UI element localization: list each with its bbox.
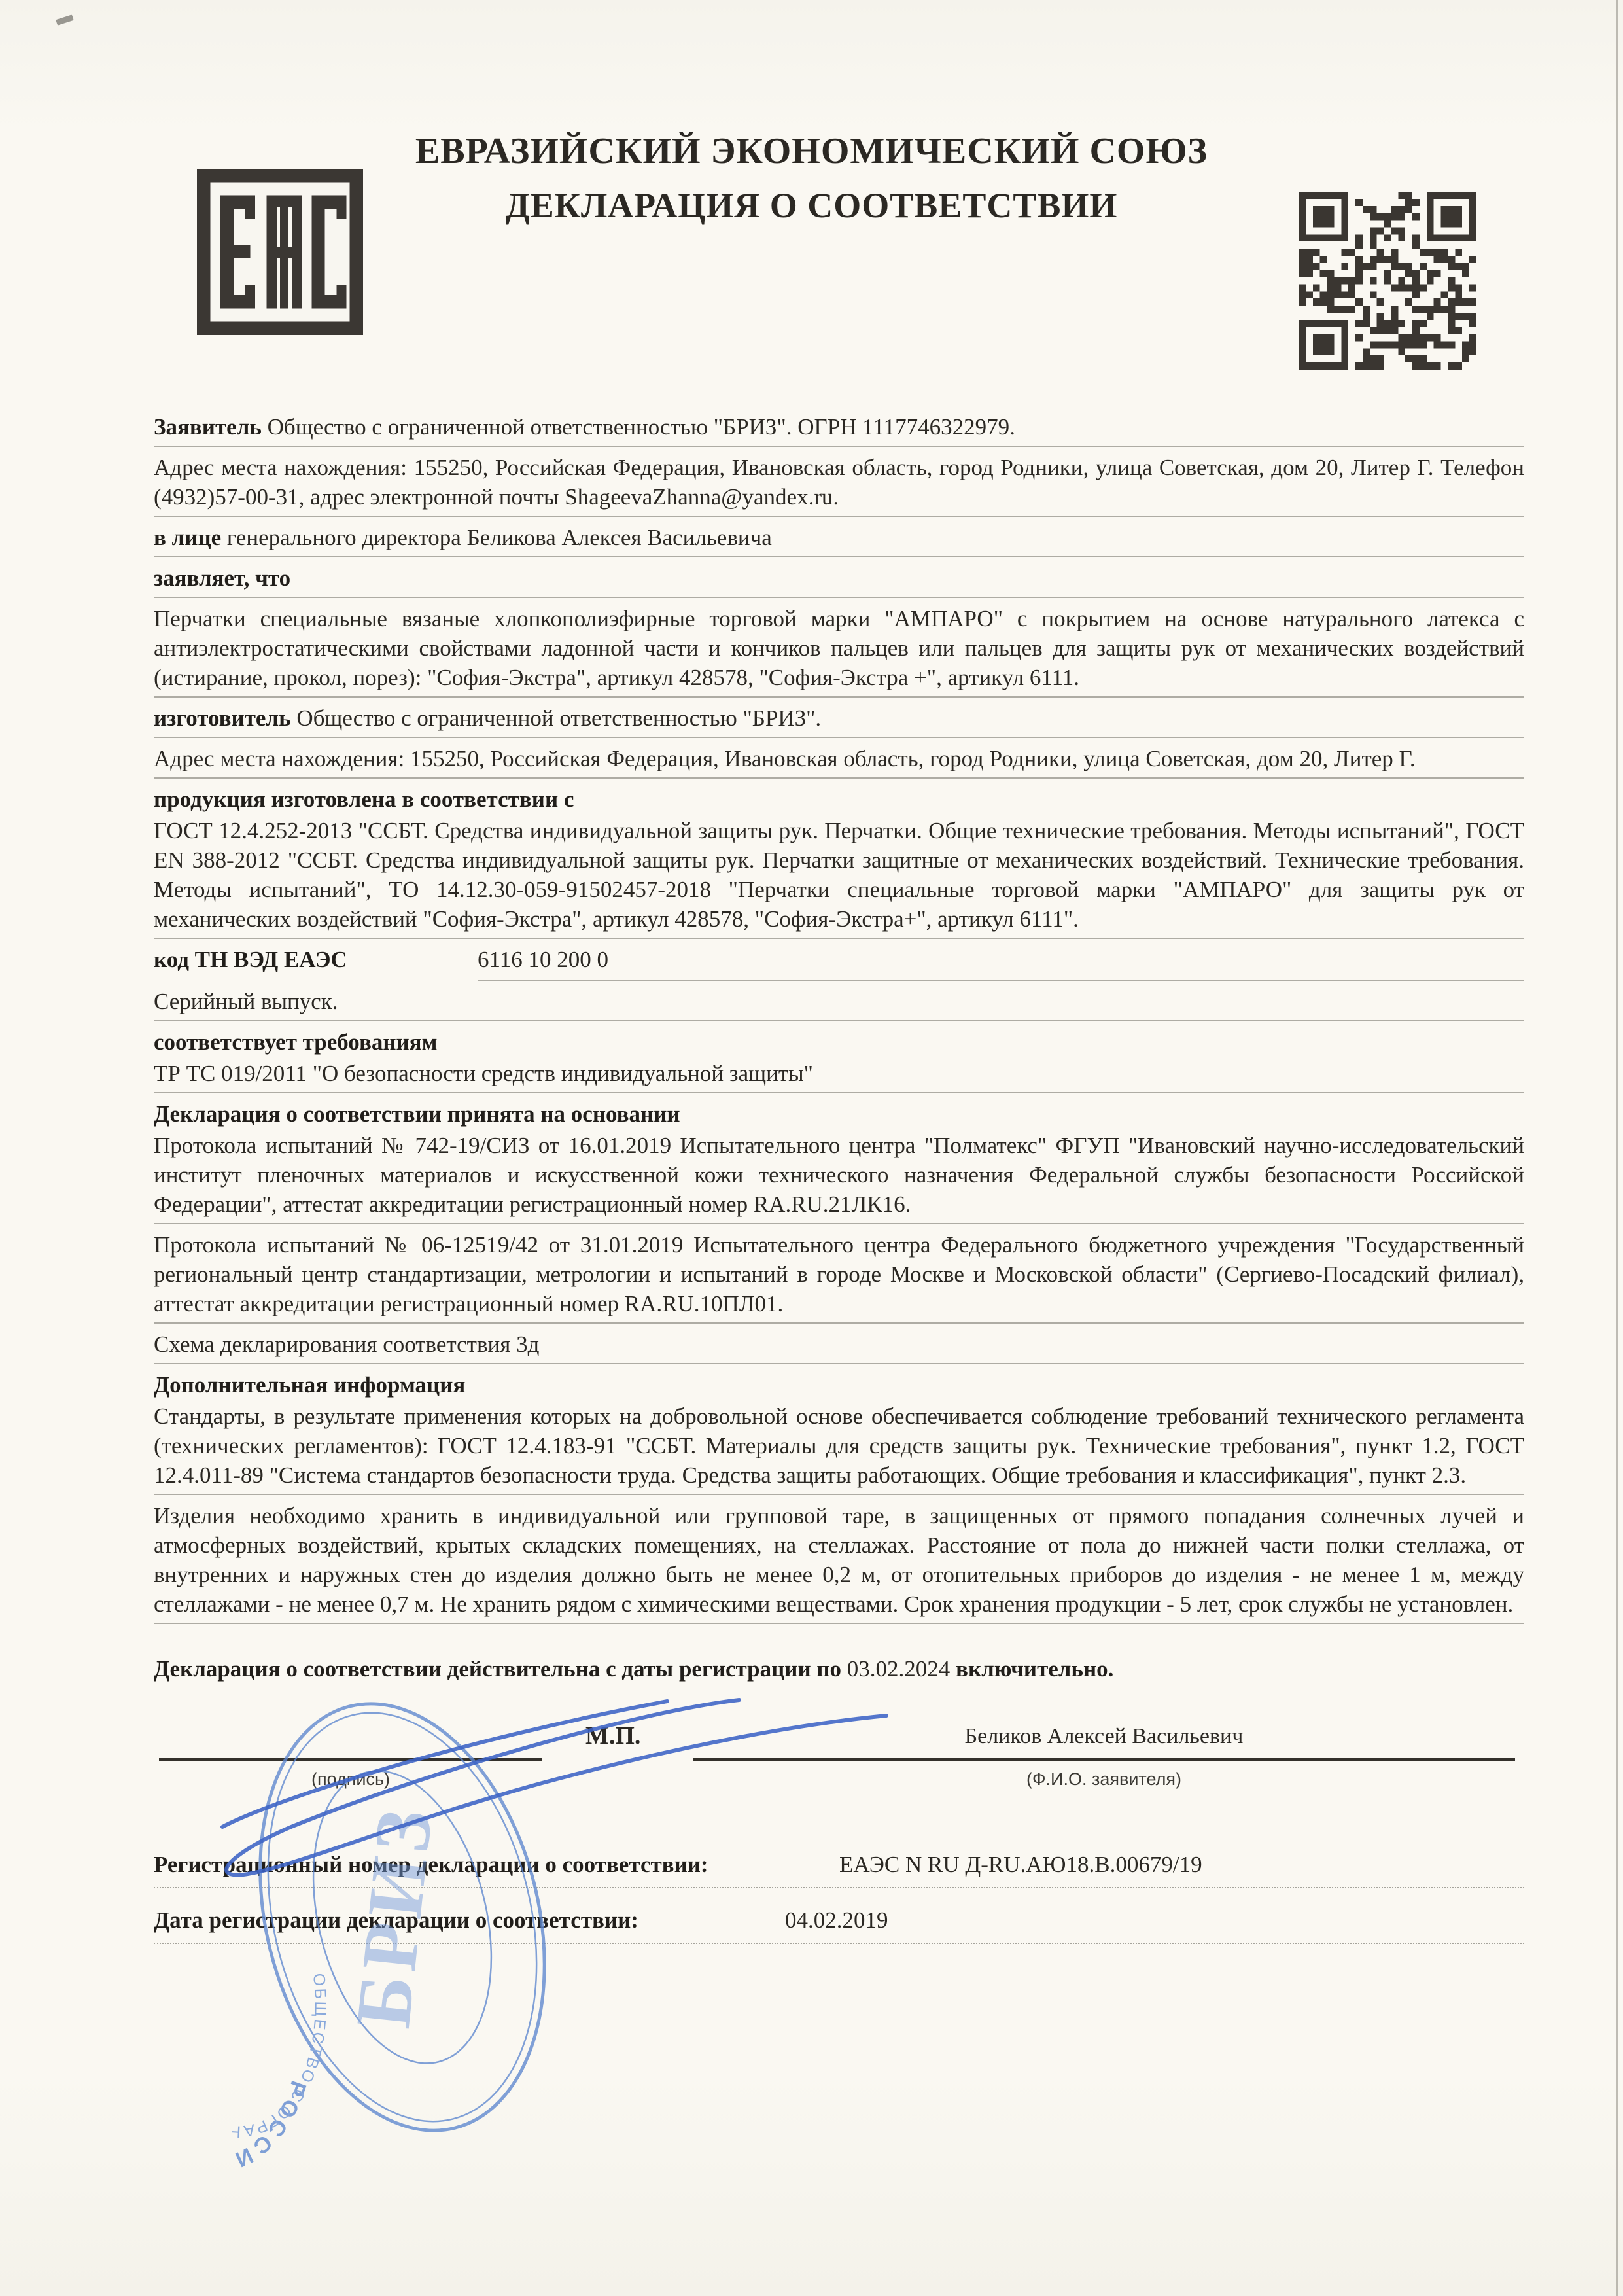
accordance-heading: продукция изготовлена в соответствии с [154, 785, 1524, 814]
manufacturer-label: изготовитель [154, 705, 291, 731]
applicant-label: Заявитель [154, 414, 262, 440]
storage-section: Изделия необходимо хранить в индивидуаль… [154, 1501, 1524, 1624]
signature-block: М.П. Беликов Алексей Васильевич (подпись… [154, 1722, 1524, 1833]
tnved-label: код ТН ВЭД ЕАЭС [154, 945, 478, 974]
voluntary-standards-section: Стандарты, в результате применения котор… [154, 1402, 1524, 1495]
tnved-row: код ТН ВЭД ЕАЭС 6116 10 200 0 [154, 945, 1524, 981]
product-description: Перчатки специальные вязаные хлопкополиэ… [154, 604, 1524, 698]
scheme-section: Схема декларирования соответствия 3д [154, 1330, 1524, 1364]
document-body: Заявитель Общество с ограниченной ответс… [154, 412, 1524, 1944]
in-person-label: в лице [154, 525, 221, 550]
registration-number-row: Регистрационный номер декларации о соотв… [154, 1850, 1524, 1888]
page-title: ЕВРАЗИЙСКИЙ ЭКОНОМИЧЕСКИЙ СОЮЗ [0, 128, 1623, 175]
signature-line [159, 1758, 542, 1761]
protocol1-section: Протокола испытаний № 742-19/СИЗ от 16.0… [154, 1131, 1524, 1224]
applicant-address-section: Адрес места нахождения: 155250, Российск… [154, 453, 1524, 517]
registration-date-label: Дата регистрации декларации о соответств… [154, 1905, 785, 1935]
scan-artifact [56, 14, 74, 26]
applicant-section: Заявитель Общество с ограниченной ответс… [154, 412, 1524, 447]
tnved-code: 6116 10 200 0 [478, 945, 1524, 981]
applicant-address-value: Адрес места нахождения: 155250, Российск… [154, 455, 1524, 510]
registration-date-row: Дата регистрации декларации о соответств… [154, 1905, 1524, 1944]
standards-section: ГОСТ 12.4.252-2013 "ССБТ. Средства индив… [154, 816, 1524, 939]
manufacturer-value: Общество с ограниченной ответственностью… [296, 705, 821, 731]
serial-section: Серийный выпуск. [154, 987, 1524, 1021]
validity-suffix: включительно. [956, 1656, 1113, 1682]
qr-code-icon [1299, 192, 1476, 370]
manufacturer-section: изготовитель Общество с ограниченной отв… [154, 703, 1524, 738]
basis-heading: Декларация о соответствии принята на осн… [154, 1099, 1524, 1129]
registration-number-value: ЕАЭС N RU Д-RU.АЮ18.В.00679/19 [839, 1852, 1202, 1877]
in-person-value: генерального директора Беликова Алексея … [227, 525, 772, 550]
name-caption: (Ф.И.О. заявителя) [693, 1765, 1515, 1794]
name-line [693, 1758, 1515, 1761]
manufacturer-address-section: Адрес места нахождения: 155250, Российск… [154, 744, 1524, 779]
validity-date: 03.02.2024 [847, 1656, 951, 1682]
additional-info-heading: Дополнительная информация [154, 1370, 1524, 1400]
declares-heading: заявляет, что [154, 563, 1524, 598]
registration-date-value: 04.02.2019 [785, 1907, 888, 1933]
applicant-value: Общество с ограниченной ответственностью… [268, 414, 1015, 440]
stamp-place-label: М.П. [585, 1722, 640, 1751]
complies-heading: соответствует требованиям [154, 1027, 1524, 1057]
registration-number-label: Регистрационный номер декларации о соотв… [154, 1850, 839, 1879]
declarant-name: Беликов Алексей Васильевич [693, 1722, 1515, 1751]
tr-ts-section: ТР ТС 019/2011 "О безопасности средств и… [154, 1059, 1524, 1093]
validity-statement: Декларация о соответствии действительна … [154, 1654, 1524, 1684]
declaration-document: ЕВРАЗИЙСКИЙ ЭКОНОМИЧЕСКИЙ СОЮЗ ДЕКЛАРАЦИ… [0, 0, 1623, 2296]
protocol2-section: Протокола испытаний № 06-12519/42 от 31.… [154, 1230, 1524, 1324]
in-person-section: в лице генерального директора Беликова А… [154, 523, 1524, 557]
validity-label: Декларация о соответствии действительна … [154, 1656, 841, 1682]
signature-caption: (подпись) [159, 1765, 542, 1794]
